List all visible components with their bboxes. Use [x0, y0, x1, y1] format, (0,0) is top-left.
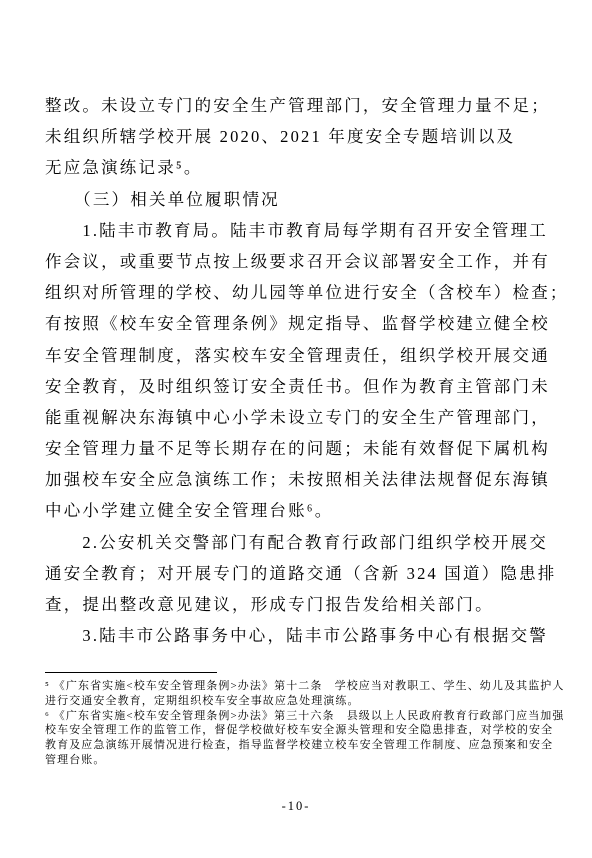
text-line: 1.陆丰市教育局。陆丰市教育局每学期有召开安全管理工: [45, 215, 557, 246]
text-line: 无应急演练记录⁵。: [45, 152, 557, 183]
text-line: 2.公安机关交警部门有配合教育行政部门组织学校开展交: [45, 527, 557, 558]
footnote-line: 校车安全管理工作的监管工作，督促学校做好校车安全源头管理和安全隐患排查，对学校的…: [45, 723, 557, 738]
text-line: （三）相关单位履职情况: [45, 184, 557, 215]
text-line: 车安全管理制度，落实校车安全管理责任，组织学校开展交通: [45, 340, 557, 371]
text-line: 整改。未设立专门的安全生产管理部门，安全管理力量不足；: [45, 90, 557, 121]
text-line: 通安全教育；对开展专门的道路交通（含新 324 国道）隐患排: [45, 558, 557, 589]
footnote-separator: [45, 672, 217, 673]
text-line: 安全教育，及时组织签订安全责任书。但作为教育主管部门未: [45, 371, 557, 402]
text-line: 3.陆丰市公路事务中心，陆丰市公路事务中心有根据交警: [45, 620, 557, 651]
text-line: 未组织所辖学校开展 2020、2021 年度安全专题培训以及: [45, 121, 557, 152]
text-line: 有按照《校车安全管理条例》规定指导、监督学校建立健全校: [45, 308, 557, 339]
text-line: 查，提出整改意见建议，形成专门报告发给相关部门。: [45, 589, 557, 620]
text-line: 作会议，或重要节点按上级要求召开会议部署安全工作，并有: [45, 246, 557, 277]
text-line: 中心小学建立健全安全管理台账⁶。: [45, 495, 557, 526]
document-page: 整改。未设立专门的安全生产管理部门，安全管理力量不足；未组织所辖学校开展 202…: [0, 0, 592, 858]
body-text: 整改。未设立专门的安全生产管理部门，安全管理力量不足；未组织所辖学校开展 202…: [45, 90, 557, 651]
text-line: 安全管理力量不足等长期存在的问题；未能有效督促下属机构: [45, 433, 557, 464]
footnote-line: ⁵ 《广东省实施<校车安全管理条例>办法》第十二条 学校应当对教职工、学生、幼儿…: [45, 679, 557, 694]
footnote-line: 进行交通安全教育，定期组织校车安全事故应急处理演练。: [45, 694, 557, 709]
text-line: 能重视解决东海镇中心小学未设立专门的安全生产管理部门，: [45, 402, 557, 433]
footnote-line: 管理台账。: [45, 753, 557, 768]
page-number: -10-: [0, 799, 592, 814]
footnotes: ⁵ 《广东省实施<校车安全管理条例>办法》第十二条 学校应当对教职工、学生、幼儿…: [45, 679, 557, 768]
footnote-line: ⁶ 《广东省实施<校车安全管理条例>办法》第三十六条 县级以上人民政府教育行政部…: [45, 709, 557, 724]
text-line: 组织对所管理的学校、幼儿园等单位进行安全（含校车）检查；: [45, 277, 557, 308]
footnote-line: 教育及应急演练开展情况进行检查，指导监督学校建立校车安全管理工作制度、应急预案和…: [45, 738, 557, 753]
text-line: 加强校车安全应急演练工作；未按照相关法律法规督促东海镇: [45, 464, 557, 495]
